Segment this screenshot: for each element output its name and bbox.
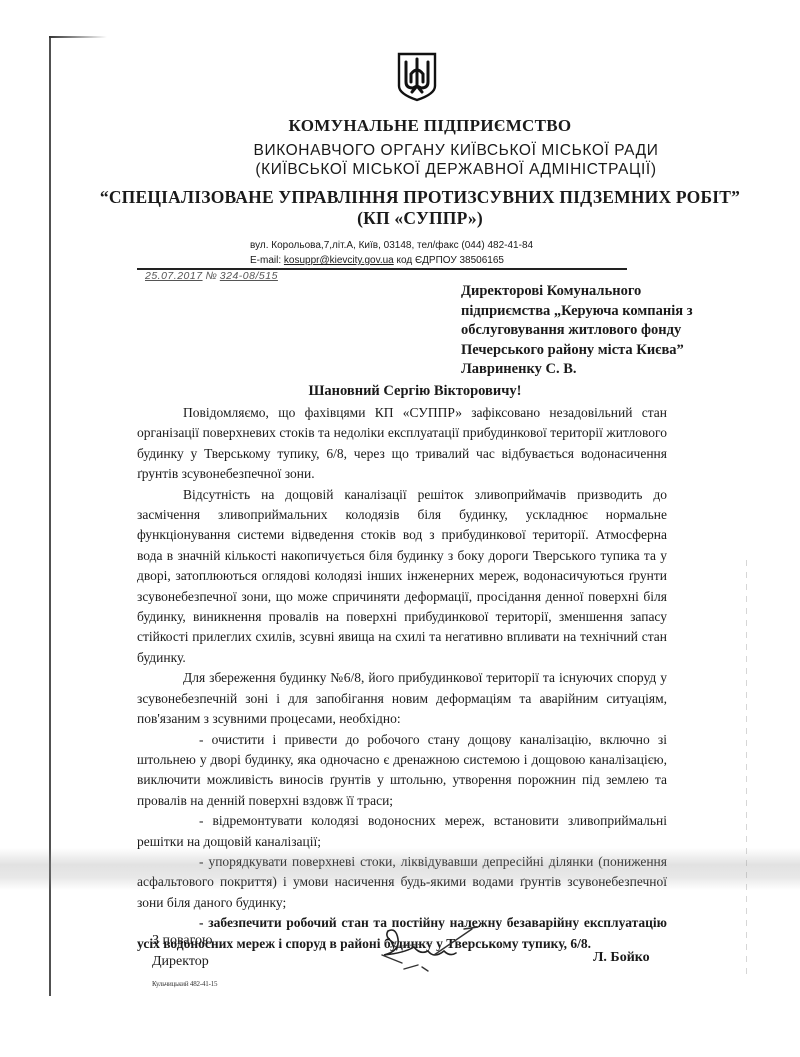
addressee-line: обслуговування житлового фонду	[461, 321, 693, 341]
email-line: E-mail: kosuppr@kievcity.gov.ua код ЄДРП…	[250, 253, 533, 268]
body-paragraph: Відсутність на дощовій каналізації решіт…	[137, 485, 667, 669]
email-label: E-mail:	[250, 255, 284, 266]
action-item: - відремонтувати колодязі водоносних мер…	[137, 811, 667, 852]
organ-line-2: (КИЇВСЬКОЇ МІСЬКОЇ ДЕРЖАВНОЇ АДМІНІСТРАЦ…	[56, 160, 800, 179]
company-type-heading: КОМУНАЛЬНЕ ПІДПРИЄМСТВО	[30, 116, 800, 136]
department-line-2: (КП «СУППР»)	[20, 208, 800, 229]
closing-regards: З повагою	[152, 930, 213, 951]
action-item: - упорядкувати поверхневі стоки, ліквіду…	[137, 852, 667, 913]
body-paragraph: Повідомляємо, що фахівцями КП «СУППР» за…	[137, 403, 667, 485]
edrpou-code: код ЄДРПОУ 38506165	[394, 255, 504, 266]
addressee-block: Директорові Комунального підприємства „К…	[461, 282, 693, 380]
organ-heading: ВИКОНАВЧОГО ОРГАНУ КИЇВСЬКОЇ МІСЬКОЇ РАД…	[56, 141, 800, 179]
reference-date: 25.07.2017	[145, 270, 203, 282]
department-heading: “СПЕЦІАЛІЗОВАНЕ УПРАВЛІННЯ ПРОТИЗСУВНИХ …	[20, 187, 800, 229]
trident-coat-of-arms-icon	[397, 52, 437, 102]
email-link[interactable]: kosuppr@kievcity.gov.ua	[284, 255, 394, 266]
scan-page-edge-top	[49, 36, 107, 38]
letter-body: Повідомляємо, що фахівцями КП «СУППР» за…	[137, 403, 667, 954]
signer-name: Л. Бойко	[593, 950, 650, 966]
executor-contact: Кульчицький 482-41-15	[152, 980, 217, 988]
addressee-name: Лавриненку С. В.	[461, 360, 693, 380]
addressee-line: Печерського району міста Києва”	[461, 341, 693, 361]
addressee-line: підприємства „Керуюча компанія з	[461, 302, 693, 322]
handwritten-signature-icon	[374, 925, 484, 980]
reference-number-label: №	[205, 270, 216, 282]
closing-position: Директор	[152, 951, 213, 972]
action-item: - очистити і привести до робочого стану …	[137, 730, 667, 812]
addressee-line: Директорові Комунального	[461, 282, 693, 302]
contact-block: вул. Корольова,7,літ.А, Київ, 03148, тел…	[250, 238, 533, 268]
reference-number: 324-08/515	[220, 270, 278, 282]
organ-line-1: ВИКОНАВЧОГО ОРГАНУ КИЇВСЬКОЇ МІСЬКОЇ РАД…	[56, 141, 800, 160]
reference-line: 25.07.2017 № 324-08/515	[145, 270, 278, 282]
body-paragraph: Для збереження будинку №6/8, його прибуд…	[137, 668, 667, 729]
scan-page-edge-right	[746, 560, 747, 980]
salutation: Шановний Сергію Вікторовичу!	[0, 383, 800, 400]
department-line-1: “СПЕЦІАЛІЗОВАНЕ УПРАВЛІННЯ ПРОТИЗСУВНИХ …	[20, 187, 800, 208]
postal-address: вул. Корольова,7,літ.А, Київ, 03148, тел…	[250, 238, 533, 253]
scan-page-edge-left	[49, 36, 51, 996]
closing-block: З повагою Директор	[152, 930, 213, 972]
